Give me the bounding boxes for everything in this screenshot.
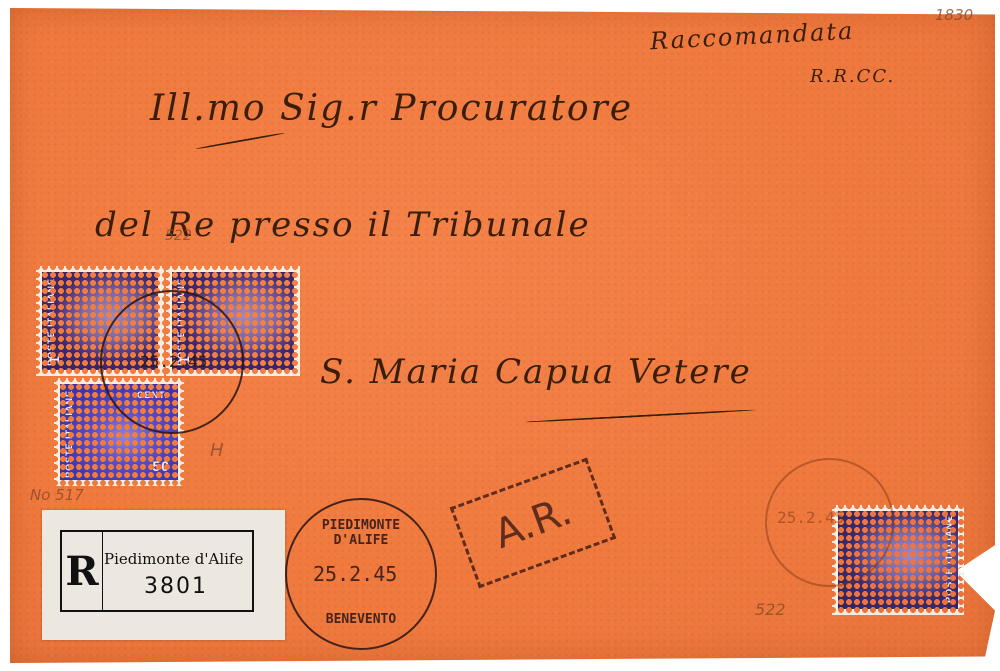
postmark-main: PIEDIMONTE D'ALIFE 25.2.45 BENEVENTO xyxy=(285,498,437,650)
address-line-3: S. Maria Capua Vetere xyxy=(320,352,752,392)
stamp-country: POSTE ITALIANE xyxy=(46,278,56,366)
postmark-faded: 25.2.45 xyxy=(765,458,894,587)
postmark-date: 25.2.45 xyxy=(140,352,207,371)
postmark-province: BENEVENTO xyxy=(295,612,427,627)
registration-label-frame: R Piedimonte d'Alife 3801 xyxy=(60,530,254,612)
pencil-note-517: No 517 xyxy=(30,486,84,504)
registration-office: Piedimonte d'Alife xyxy=(104,550,243,568)
postmark-date: 25.2.45 xyxy=(313,562,397,586)
service-note-sub: R.R.CC. xyxy=(810,66,895,87)
stamp-value: 1 xyxy=(46,355,62,364)
stamp-country: POSTE ITALIANE xyxy=(944,515,954,603)
registration-label: R Piedimonte d'Alife 3801 xyxy=(42,510,285,640)
postmark-date: 25.2.45 xyxy=(777,508,844,527)
stamp-value: 50 xyxy=(152,458,170,474)
postmark-town: PIEDIMONTE D'ALIFE xyxy=(295,518,427,548)
archive-number: 1830 xyxy=(935,6,973,24)
address-line-1: Ill.mo Sig.r Procuratore xyxy=(150,88,633,129)
registration-number: 3801 xyxy=(144,574,208,599)
stamp-country: POSTE ITALIANE xyxy=(64,390,74,478)
registration-letter: R xyxy=(62,532,103,610)
postmark-on-stamps: 25.2.45 xyxy=(100,290,244,434)
pencil-note-522-right: 522 xyxy=(755,600,786,619)
pencil-mark-h: H xyxy=(210,440,224,461)
pencil-note-522: 522 xyxy=(165,228,192,244)
